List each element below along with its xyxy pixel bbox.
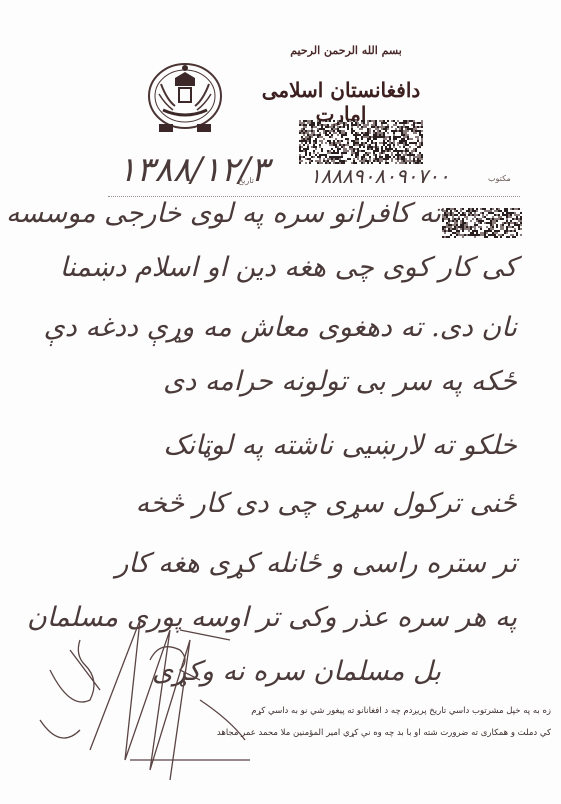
body-line: تر ستره راسی و ځانله کړی هغه کار — [115, 548, 517, 579]
body-line: په هر سره عذر وکی تر اوسه پوری مسلمان — [27, 602, 517, 633]
body-line: ځکه په سر بی تولونه حرامه دی — [163, 366, 517, 397]
body-line: نان دی. ته دهغوی معاش مه وړې ددغه دې — [44, 312, 517, 343]
redacted-block — [299, 120, 423, 164]
signature — [30, 610, 250, 790]
number-label: مکتوب — [488, 174, 511, 183]
body-line: خلکو ته لارښیی ناشته په لوټانک — [163, 430, 517, 461]
bismillah-heading: بسم الله الرحمن الرحیم — [272, 44, 420, 57]
body-line: ته کافرانو سره په لوی خارجی موسسه — [6, 198, 441, 229]
body-line: ځنی ترکول سړی چی دی کار څخه — [136, 488, 517, 519]
body-line: کی کار کوی چی هغه دین او اسلام دښمنا — [60, 252, 517, 283]
footer-printed-line: زه به په خپل مشرتوب داسي تاریخ پریږدم چه… — [191, 706, 551, 716]
header-divider — [108, 196, 520, 197]
handwritten-number: ۱۸۸۸۹۰۸۰۹۰۷۰۰ — [310, 164, 450, 188]
date-label: تاریخ — [238, 176, 254, 185]
organization-title: دافغانستان اسلامی امارت — [256, 78, 426, 126]
document-page: بسم الله الرحمن الرحیم دافغانستان اسلامی… — [0, 0, 561, 804]
emblem-icon — [145, 60, 225, 138]
body-line: بل مسلمان سره نه وکړی — [152, 656, 441, 687]
footer-printed-line: کي دملت و همکاری ته ضرورت شته او با بد چ… — [191, 728, 551, 738]
redacted-name — [442, 208, 522, 238]
